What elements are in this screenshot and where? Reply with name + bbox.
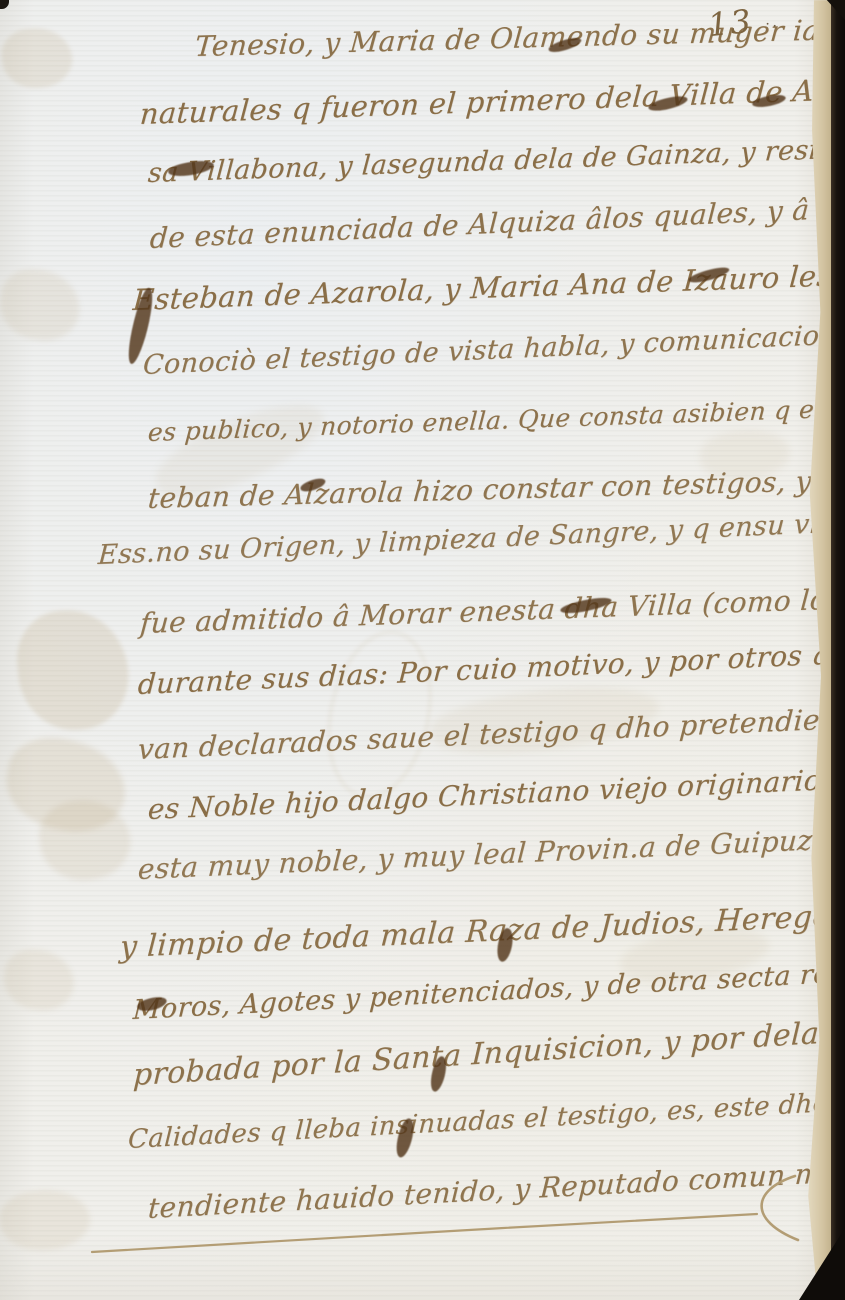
manuscript-line-12: van declarados saue el testigo q dho pre… [137, 701, 845, 766]
bleedthrough-mark [314, 622, 446, 808]
manuscript-line-11: durante sus dias: Por cuio motivo, y por… [137, 636, 845, 701]
bleedthrough-mark [0, 265, 84, 345]
page-number: 13 [706, 2, 754, 44]
bleedthrough-mark [0, 1185, 93, 1254]
manuscript-line-3: sa Villabona, y lasegunda dela de Gainza… [147, 131, 845, 189]
manuscript-line-7: es publico, y notorio enella. Que consta… [147, 391, 845, 447]
top-left-ink-speck [0, 0, 9, 9]
bleedthrough-mark [35, 794, 135, 886]
manuscript-line-19: tendiente hauido tenido, y Reputado comu… [147, 1153, 845, 1225]
manuscript-line-14: esta muy noble, y muy leal Provin.a de G… [137, 822, 845, 887]
manuscript-line-13: es Noble hijo dalgo Christiano viejo ori… [147, 762, 845, 826]
manuscript-line-17: probada por la Santa Inquisicion, y por … [132, 1015, 836, 1093]
manuscript-line-10: fue admitido â Morar enesta dha Villa (c… [139, 581, 845, 641]
manuscript-line-6: Conociò el testigo de vista habla, y com… [142, 316, 845, 381]
book-edge-backdrop [831, 0, 845, 1300]
bleedthrough-mark [13, 605, 133, 734]
manuscript-line-4: de esta enunciada de Alquiza âlos quales… [149, 190, 845, 255]
manuscript-line-8: teban de Alzarola hizo constar con testi… [147, 463, 845, 515]
manuscript-line-18: Calidades q lleba insinuadas el testigo,… [127, 1085, 845, 1155]
manuscript-page: Tenesio, y Maria de Olamendo su muger ia… [0, 0, 845, 1300]
bleedthrough-mark [1, 947, 77, 1014]
manuscript-line-2: naturales q fueron el primero dela Villa… [139, 71, 845, 131]
manuscript-line-15: y limpio de toda mala Raza de Judios, He… [119, 898, 845, 965]
bleedthrough-mark [0, 25, 75, 92]
manuscript-line-16: Moros, Agotes y penitenciados, y de otra… [132, 958, 840, 1026]
bleedthrough-mark [0, 730, 133, 839]
manuscript-line-9: Ess.no su Origen, y limpieza de Sangre, … [97, 507, 845, 571]
